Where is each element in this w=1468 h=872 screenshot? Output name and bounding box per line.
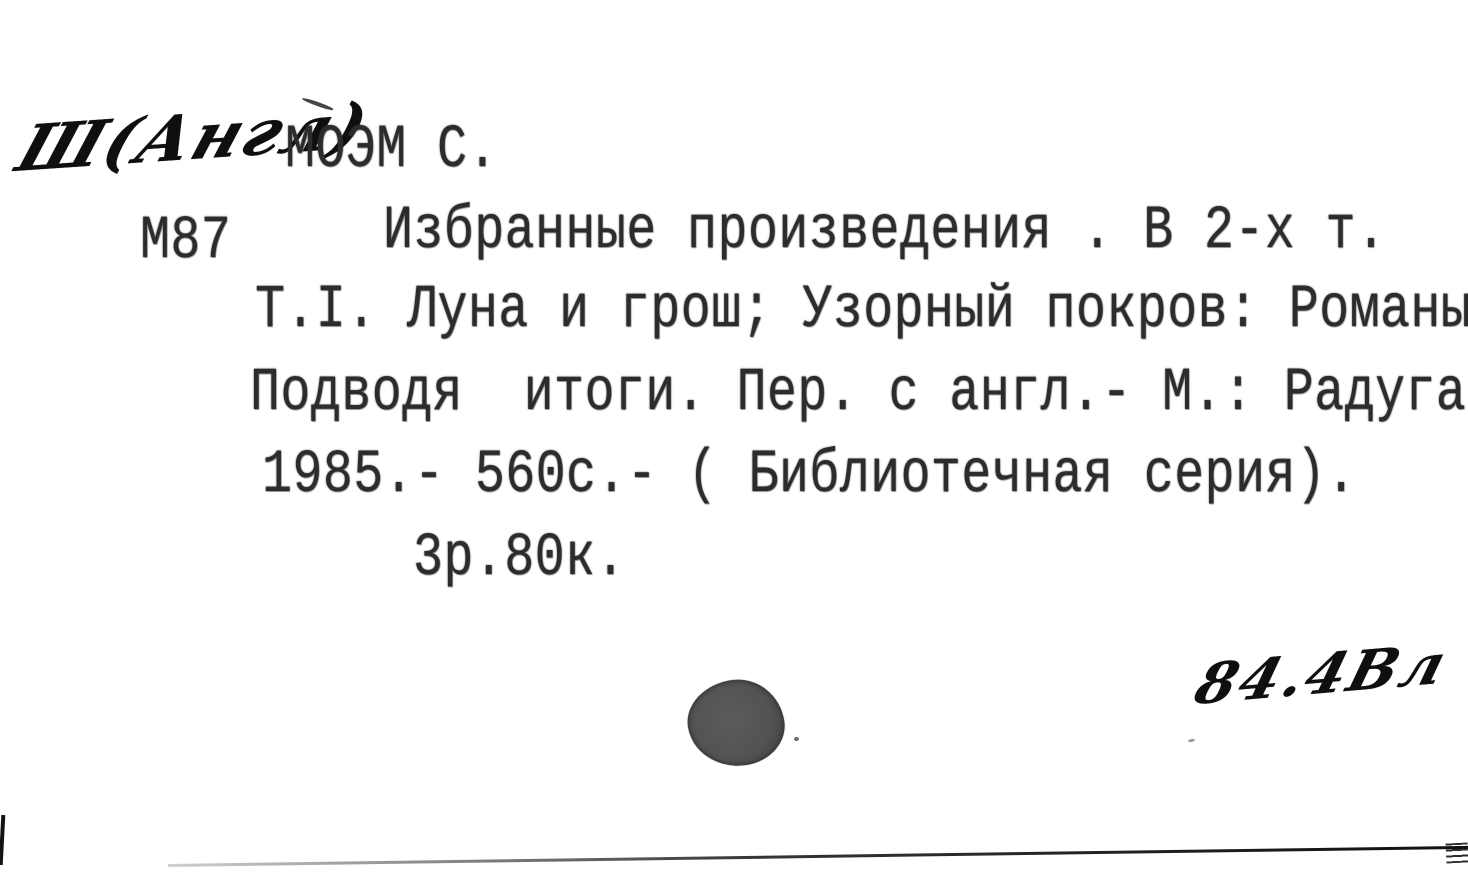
card-bottom-edge-line — [168, 846, 1468, 867]
translation-imprint-line: Подводя итоги. Пер. с англ.- М.: Радуга — [250, 364, 1466, 425]
cutter-number: М87 — [140, 212, 231, 273]
card-left-edge-line — [0, 815, 5, 865]
year-pages-series-line: 1985.- 560с.- ( Библиотечная серия). — [262, 446, 1357, 507]
author-line: МОЭМ С. — [285, 121, 498, 182]
ink-speck-faint — [1188, 738, 1195, 742]
handwritten-bbk-classification: 84.4Вл — [1188, 631, 1456, 718]
ink-speck — [794, 737, 799, 741]
title-line: Избранные произведения . В 2-х т. — [383, 202, 1386, 263]
library-catalog-card-scan: Ш(Англ) МОЭМ С. М87 Избранные произведен… — [0, 0, 1468, 872]
volume-contents-line: Т.I. Луна и грош; Узорный покров: Романы — [255, 281, 1468, 342]
price-line: 3р.80к. — [413, 529, 626, 590]
card-corner-hatch-marks — [1445, 842, 1468, 863]
ink-blot — [682, 674, 789, 773]
